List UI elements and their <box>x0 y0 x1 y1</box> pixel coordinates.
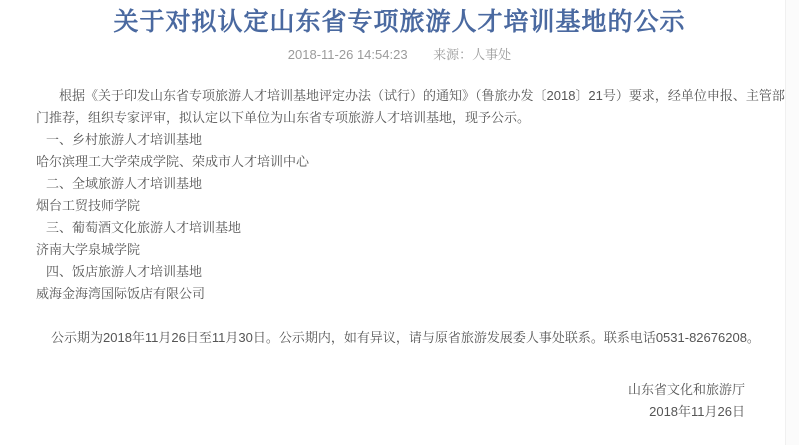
list-heading-hotel: 四、饭店旅游人才培训基地 <box>36 261 789 283</box>
list-item-hotel-institution: 威海金海湾国际饭店有限公司 <box>36 283 789 305</box>
intro-paragraph: 根据《关于印发山东省专项旅游人才培训基地评定办法（试行）的通知》（鲁旅办发〔20… <box>36 85 789 129</box>
page-title: 关于对拟认定山东省专项旅游人才培训基地的公示 <box>20 7 779 38</box>
meta-line: 2018-11-26 14:54:23 来源：人事处 <box>0 47 799 63</box>
signature-date: 2018年11月26日 <box>36 401 745 423</box>
list-heading-rural: 一、乡村旅游人才培训基地 <box>36 129 789 151</box>
list-heading-wine-culture: 三、葡萄酒文化旅游人才培训基地 <box>36 217 789 239</box>
publish-datetime: 2018-11-26 14:54:23 <box>288 47 408 62</box>
closing-paragraph: 公示期为2018年11月26日至11月30日。公示期内，如有异议，请与原省旅游发… <box>36 327 789 349</box>
document-body: 根据《关于印发山东省专项旅游人才培训基地评定办法（试行）的通知》（鲁旅办发〔20… <box>36 85 789 423</box>
announcement-document: 关于对拟认定山东省专项旅游人才培训基地的公示 2018-11-26 14:54:… <box>0 7 799 423</box>
list-item-wine-culture-institution: 济南大学泉城学院 <box>36 239 789 261</box>
list-heading-all-region: 二、全域旅游人才培训基地 <box>36 173 789 195</box>
list-item-rural-institutions: 哈尔滨理工大学荣成学院、荣成市人才培训中心 <box>36 151 789 173</box>
page-right-edge <box>785 0 799 445</box>
source-label: 来源：人事处 <box>433 47 511 62</box>
signature-block: 山东省文化和旅游厅 2018年11月26日 <box>36 379 745 423</box>
list-item-all-region-institution: 烟台工贸技师学院 <box>36 195 789 217</box>
signature-org: 山东省文化和旅游厅 <box>36 379 745 401</box>
